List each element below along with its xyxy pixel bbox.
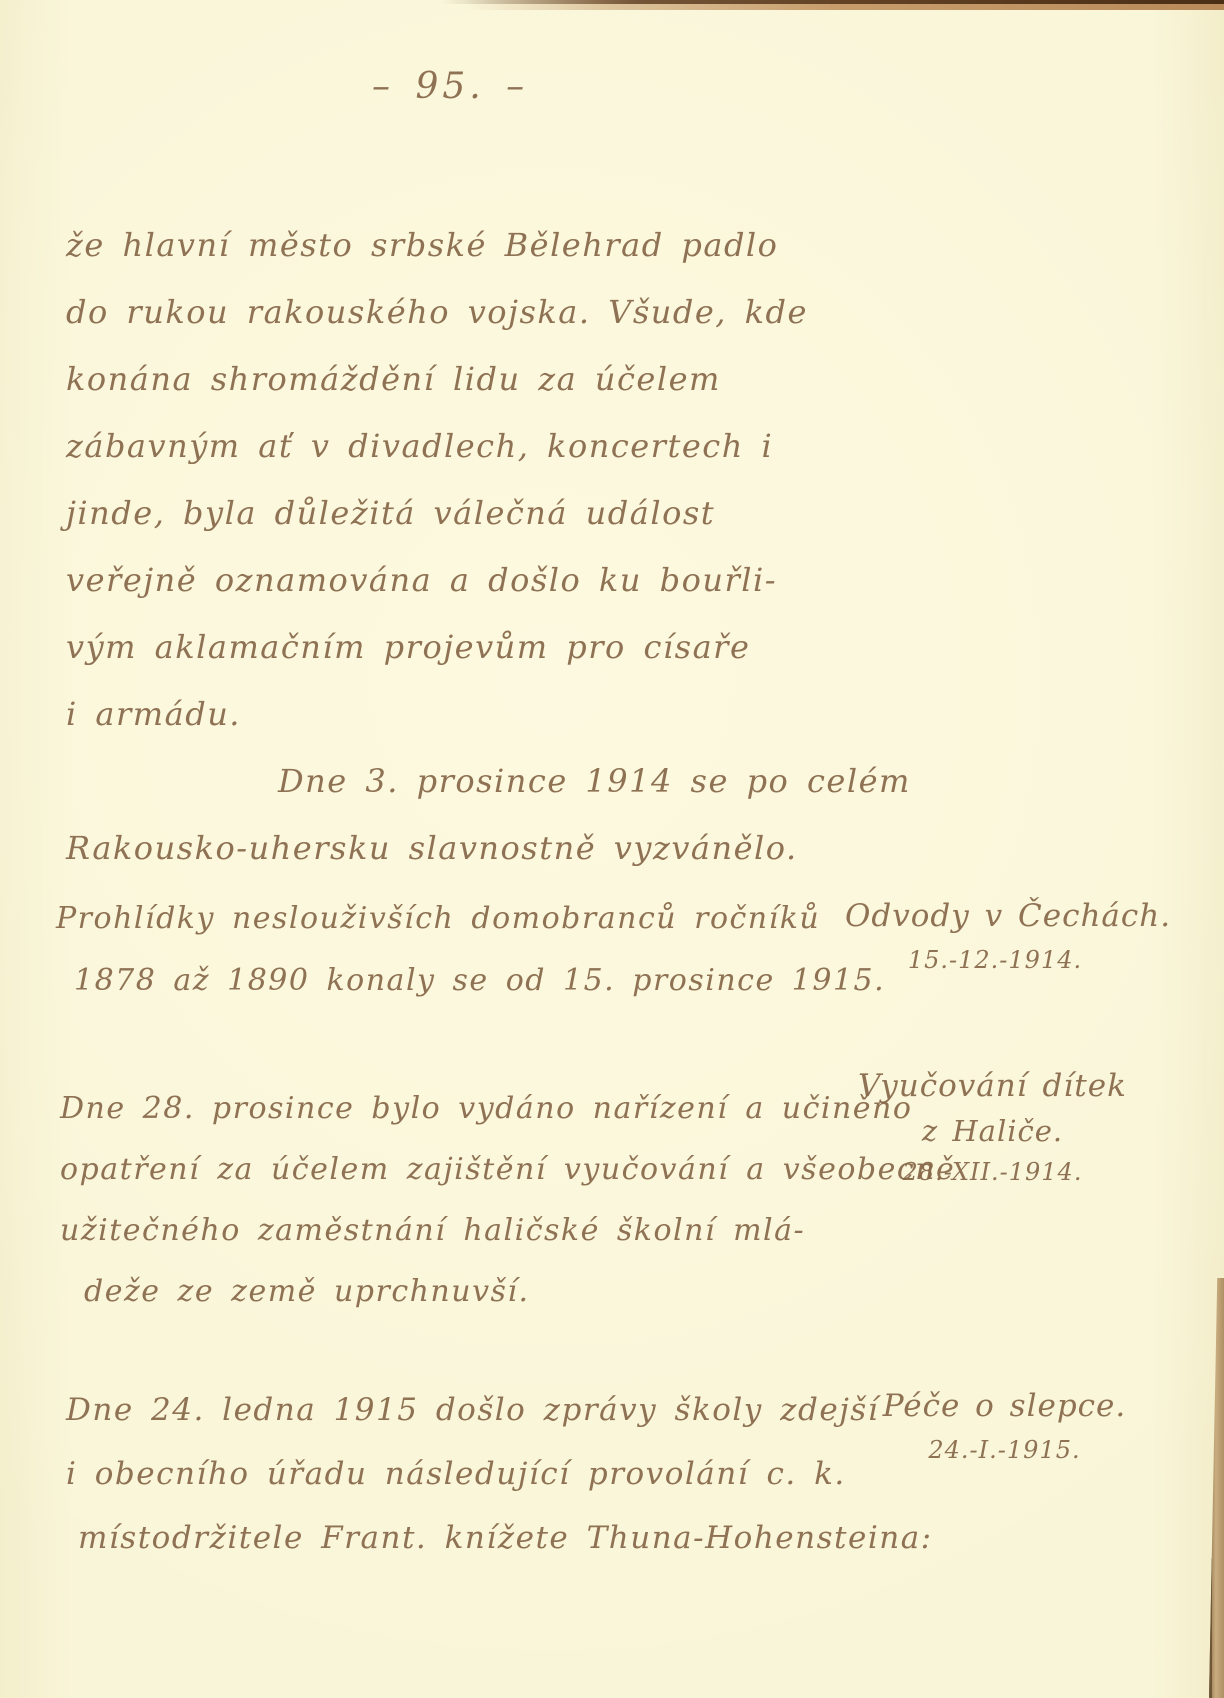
- text-line: 1878 až 1890 konaly se od 15. prosince 1…: [56, 950, 885, 1012]
- text-line: Dne 24. ledna 1915 došlo zprávy školy zd…: [66, 1378, 933, 1442]
- text-line: že hlavní město srbské Bělehrad padlo: [66, 212, 911, 279]
- margin-note-title: Péče o slepce.: [862, 1382, 1147, 1430]
- text-line: Rakousko-uhersku slavnostně vyzvánělo.: [66, 815, 911, 882]
- text-line: Dne 3. prosince 1914 se po celém: [66, 748, 911, 815]
- text-line: deže ze země uprchnuvší.: [60, 1261, 955, 1322]
- text-line: i obecního úřadu následující provolání c…: [66, 1442, 933, 1506]
- text-line: i armádu.: [66, 681, 911, 748]
- text-line: Dne 28. prosince bylo vydáno nařízení a …: [60, 1078, 955, 1139]
- text-line: vým aklamačním projevům pro císaře: [66, 614, 911, 681]
- text-line: Prohlídky neslouživších domobranců roční…: [56, 888, 885, 950]
- text-line: konána shromáždění lidu za účelem: [66, 346, 911, 413]
- book-top-edge: [0, 0, 1224, 10]
- text-line: veřejně oznamována a došlo ku bouřli-: [66, 547, 911, 614]
- margin-note-title: Odvody v Čechách.: [845, 892, 1145, 940]
- margin-note-odvody: Odvody v Čechách. 15.-12.-1914.: [845, 892, 1145, 980]
- margin-note-date: 24.-I.-1915.: [862, 1430, 1147, 1470]
- margin-note-title: Vyučování dítek: [835, 1062, 1150, 1110]
- text-line: jinde, byla důležitá válečná událost: [66, 480, 911, 547]
- margin-note-date: 28.-XII.-1914.: [835, 1152, 1150, 1192]
- book-right-edge: [1209, 1278, 1224, 1698]
- margin-note-subtitle: z Haliče.: [835, 1110, 1150, 1152]
- margin-note-date: 15.-12.-1914.: [845, 940, 1145, 980]
- margin-note-pece-o-slepce: Péče o slepce. 24.-I.-1915.: [862, 1382, 1147, 1470]
- text-line: místodržitele Frant. knížete Thuna-Hohen…: [66, 1506, 933, 1570]
- text-line: opatření za účelem zajištění vyučování a…: [60, 1139, 955, 1200]
- text-line: užitečného zaměstnání haličské školní ml…: [60, 1200, 955, 1261]
- manuscript-page: – 95. – že hlavní město srbské Bělehrad …: [0, 0, 1224, 1698]
- paragraph-belgrade: že hlavní město srbské Bělehrad padlo do…: [66, 212, 911, 882]
- paragraph-pece-o-slepce: Dne 24. ledna 1915 došlo zprávy školy zd…: [66, 1378, 933, 1570]
- text-line: do rukou rakouského vojska. Všude, kde: [66, 279, 911, 346]
- text-line: zábavným ať v divadlech, koncertech i: [66, 413, 911, 480]
- margin-note-vyucovani: Vyučování dítek z Haliče. 28.-XII.-1914.: [835, 1062, 1150, 1192]
- paragraph-odvody: Prohlídky neslouživších domobranců roční…: [56, 888, 885, 1012]
- paragraph-vyucovani: Dne 28. prosince bylo vydáno nařízení a …: [60, 1078, 955, 1322]
- page-number: – 95. –: [372, 66, 528, 107]
